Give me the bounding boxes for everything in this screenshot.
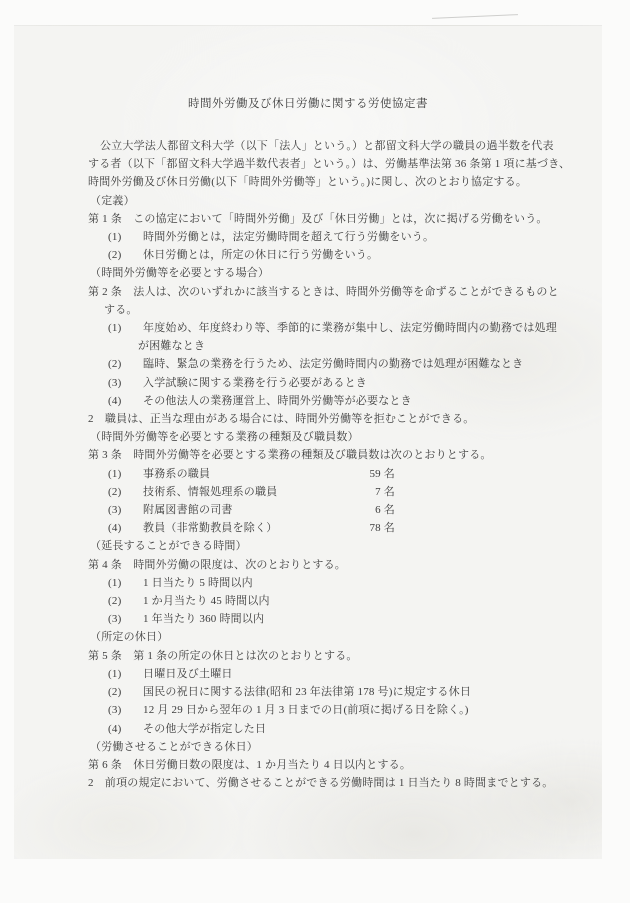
- article-line: 第 5 条 第 1 条の所定の休日とは次のとおりとする。: [88, 647, 578, 665]
- list-item-with-count: (1) 事務系の職員 59 名: [88, 465, 578, 483]
- item-text: その他法人の業務運営上、時間外労働等が必要なとき: [143, 392, 412, 410]
- list-item: (1) 年度始め、年度終わり等、季節的に業務が集中し、法定労働時間内の勤務では処…: [88, 319, 578, 337]
- item-number: (1): [108, 319, 143, 337]
- item-number: (3): [108, 374, 143, 392]
- list-item-with-count: (3) 附属図書館の司書 6 名: [88, 501, 578, 519]
- list-item: (1) 日曜日及び土曜日: [88, 665, 578, 683]
- list-item-with-count: (4) 教員（非常勤教員を除く） 78 名: [88, 519, 578, 537]
- item-number: (1): [108, 465, 143, 483]
- item-text: 国民の祝日に関する法律(昭和 23 年法律第 178 号)に規定する休日: [143, 683, 471, 701]
- section-label: （延長することができる時間）: [88, 537, 578, 555]
- staff-count: 6 名: [338, 501, 395, 519]
- item-number: (1): [108, 228, 143, 246]
- list-item: (3) 1 年当たり 360 時間以内: [88, 610, 578, 628]
- item-text: 時間外労働とは，法定労働時間を超えて行う労働をいう。: [143, 228, 434, 246]
- item-text: 1 年当たり 360 時間以内: [143, 610, 264, 628]
- item-text: 1 日当たり 5 時間以内: [143, 574, 253, 592]
- list-item: (2) 国民の祝日に関する法律(昭和 23 年法律第 178 号)に規定する休日: [88, 683, 578, 701]
- list-item-with-count: (2) 技術系、情報処理系の職員 7 名: [88, 483, 578, 501]
- item-text: 1 か月当たり 45 時間以内: [143, 592, 270, 610]
- article-line: 第 1 条 この協定において「時間外労働」及び「休日労働」とは，次に掲げる労働を…: [88, 210, 578, 228]
- item-text: 事務系の職員: [143, 465, 210, 483]
- item-text: 附属図書館の司書: [143, 501, 233, 519]
- item-text: 技術系、情報処理系の職員: [143, 483, 277, 501]
- list-item: (2) 臨時、緊急の業務を行うため、法定労働時間内の勤務では処理が困難なとき: [88, 355, 578, 373]
- document-title: 時間外労働及び休日労働に関する労使協定書: [14, 95, 602, 111]
- paragraph-2-line: 2 前項の規定において、労働させることができる労働時間は 1 日当たり 8 時間…: [88, 774, 578, 792]
- item-number: (2): [108, 683, 143, 701]
- item-number: (3): [108, 501, 143, 519]
- article-line: 第 2 条 法人は、次のいずれかに該当するときは、時間外労働等を命ずることができ…: [88, 283, 578, 301]
- item-number: (2): [108, 246, 143, 264]
- list-item: (3) 12 月 29 日から翌年の 1 月 3 日までの日(前項に掲げる日を除…: [88, 701, 578, 719]
- item-continuation: が困難なとき: [88, 337, 578, 355]
- item-number: (3): [108, 610, 143, 628]
- article-line: 第 4 条 時間外労働の限度は、次のとおりとする。: [88, 556, 578, 574]
- intro-paragraph-line: する者（以下「都留文科大学過半数代表者」という。）は、労働基準法第 36 条第 …: [88, 155, 578, 173]
- item-text: 教員（非常勤教員を除く）: [143, 519, 277, 537]
- list-item: (1) 時間外労働とは，法定労働時間を超えて行う労働をいう。: [88, 228, 578, 246]
- paragraph-2-line: 2 職員は、正当な理由がある場合には、時間外労働等を拒むことができる。: [88, 410, 578, 428]
- item-number: (2): [108, 483, 143, 501]
- list-item: (4) その他大学が指定した日: [88, 720, 578, 738]
- list-item: (4) その他法人の業務運営上、時間外労働等が必要なとき: [88, 392, 578, 410]
- item-number: (4): [108, 519, 143, 537]
- list-item: (2) 休日労働とは，所定の休日に行う労働をいう。: [88, 246, 578, 264]
- section-label: （所定の休日）: [88, 628, 578, 646]
- section-label: （定義）: [88, 192, 578, 210]
- item-text: 年度始め、年度終わり等、季節的に業務が集中し、法定労働時間内の勤務では処理: [143, 319, 557, 337]
- item-number: (2): [108, 355, 143, 373]
- list-item: (3) 入学試験に関する業務を行う必要があるとき: [88, 374, 578, 392]
- section-label: （時間外労働等を必要とする業務の種類及び職員数）: [88, 428, 578, 446]
- section-label: （時間外労働等を必要とする場合）: [88, 264, 578, 282]
- document-body: 公立大学法人都留文科大学（以下「法人」という。）と都留文科大学の職員の過半数を代…: [88, 137, 578, 792]
- item-text: 12 月 29 日から翌年の 1 月 3 日までの日(前項に掲げる日を除く。): [143, 701, 469, 719]
- article-line: 第 6 条 休日労働日数の限度は、1 か月当たり 4 日以内とする。: [88, 756, 578, 774]
- item-number: (4): [108, 720, 143, 738]
- staff-count: 78 名: [338, 519, 395, 537]
- article-line: 第 3 条 時間外労働等を必要とする業務の種類及び職員数は次のとおりとする。: [88, 446, 578, 464]
- item-text: 臨時、緊急の業務を行うため、法定労働時間内の勤務では処理が困難なとき: [143, 355, 523, 373]
- item-number: (3): [108, 701, 143, 719]
- intro-paragraph-line: 公立大学法人都留文科大学（以下「法人」という。）と都留文科大学の職員の過半数を代…: [88, 137, 578, 155]
- item-number: (1): [108, 665, 143, 683]
- item-number: (1): [108, 574, 143, 592]
- list-item: (2) 1 か月当たり 45 時間以内: [88, 592, 578, 610]
- intro-paragraph-line: 時間外労働及び休日労働(以下「時間外労働等」という。)に関し、次のとおり協定する…: [88, 173, 578, 191]
- document-page: 時間外労働及び休日労働に関する労使協定書 公立大学法人都留文科大学（以下「法人」…: [14, 25, 602, 859]
- item-text: 休日労働とは，所定の休日に行う労働をいう。: [143, 246, 378, 264]
- item-number: (2): [108, 592, 143, 610]
- article-continuation: する。: [88, 301, 578, 319]
- item-text: 入学試験に関する業務を行う必要があるとき: [143, 374, 367, 392]
- section-label: （労働させることができる休日）: [88, 738, 578, 756]
- scan-edge-artifact: [432, 14, 518, 19]
- item-text: 日曜日及び土曜日: [143, 665, 233, 683]
- staff-count: 7 名: [338, 483, 395, 501]
- item-number: (4): [108, 392, 143, 410]
- staff-count: 59 名: [338, 465, 395, 483]
- list-item: (1) 1 日当たり 5 時間以内: [88, 574, 578, 592]
- item-text: その他大学が指定した日: [143, 720, 266, 738]
